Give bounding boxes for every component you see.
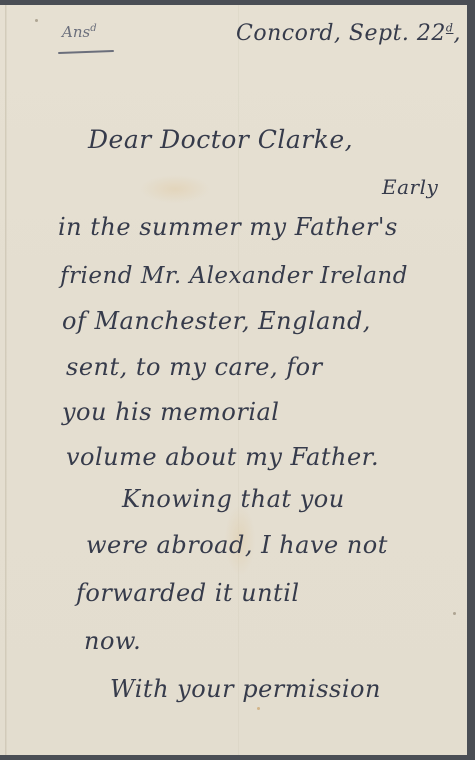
body-line-2: in the summer my Father's xyxy=(58,213,398,241)
paper-speck xyxy=(257,707,260,710)
body-line-6: you his memorial xyxy=(62,398,279,426)
body-line-12: With your permission xyxy=(110,675,381,703)
answered-annotation: Ansd xyxy=(62,23,97,41)
scan-background: Ansd Concord, Sept. 22d, 1882. Dear Doct… xyxy=(0,0,475,760)
body-line-5: sent, to my care, for xyxy=(66,353,323,381)
letter-page: Ansd Concord, Sept. 22d, 1882. Dear Doct… xyxy=(0,5,467,755)
body-line-11: now. xyxy=(84,627,141,655)
body-line-10: forwarded it until xyxy=(76,579,300,607)
paper-speck xyxy=(35,19,38,22)
paper-stain xyxy=(140,175,210,203)
annotation-underline xyxy=(58,50,114,53)
body-line-3: friend Mr. Alexander Ireland xyxy=(60,263,408,289)
annotation-superscript: d xyxy=(90,23,96,34)
body-line-9: were abroad, I have not xyxy=(86,531,388,559)
body-line-4: of Manchester, England, xyxy=(62,307,371,335)
paper-edge-crease xyxy=(5,5,7,755)
letter-place: Concord, xyxy=(236,21,341,46)
letter-date-line: Concord, Sept. 22d, 1882. xyxy=(236,21,467,46)
salutation: Dear Doctor Clarke, xyxy=(88,125,353,154)
letter-date: Sept. 22 xyxy=(349,21,446,46)
body-line-8: Knowing that you xyxy=(122,485,345,513)
paper-speck xyxy=(453,612,456,615)
annotation-text: Ans xyxy=(62,23,90,41)
body-line-1: Early xyxy=(382,175,438,199)
body-line-7: volume about my Father. xyxy=(66,443,379,471)
letter-year: , 1882. xyxy=(453,21,467,46)
